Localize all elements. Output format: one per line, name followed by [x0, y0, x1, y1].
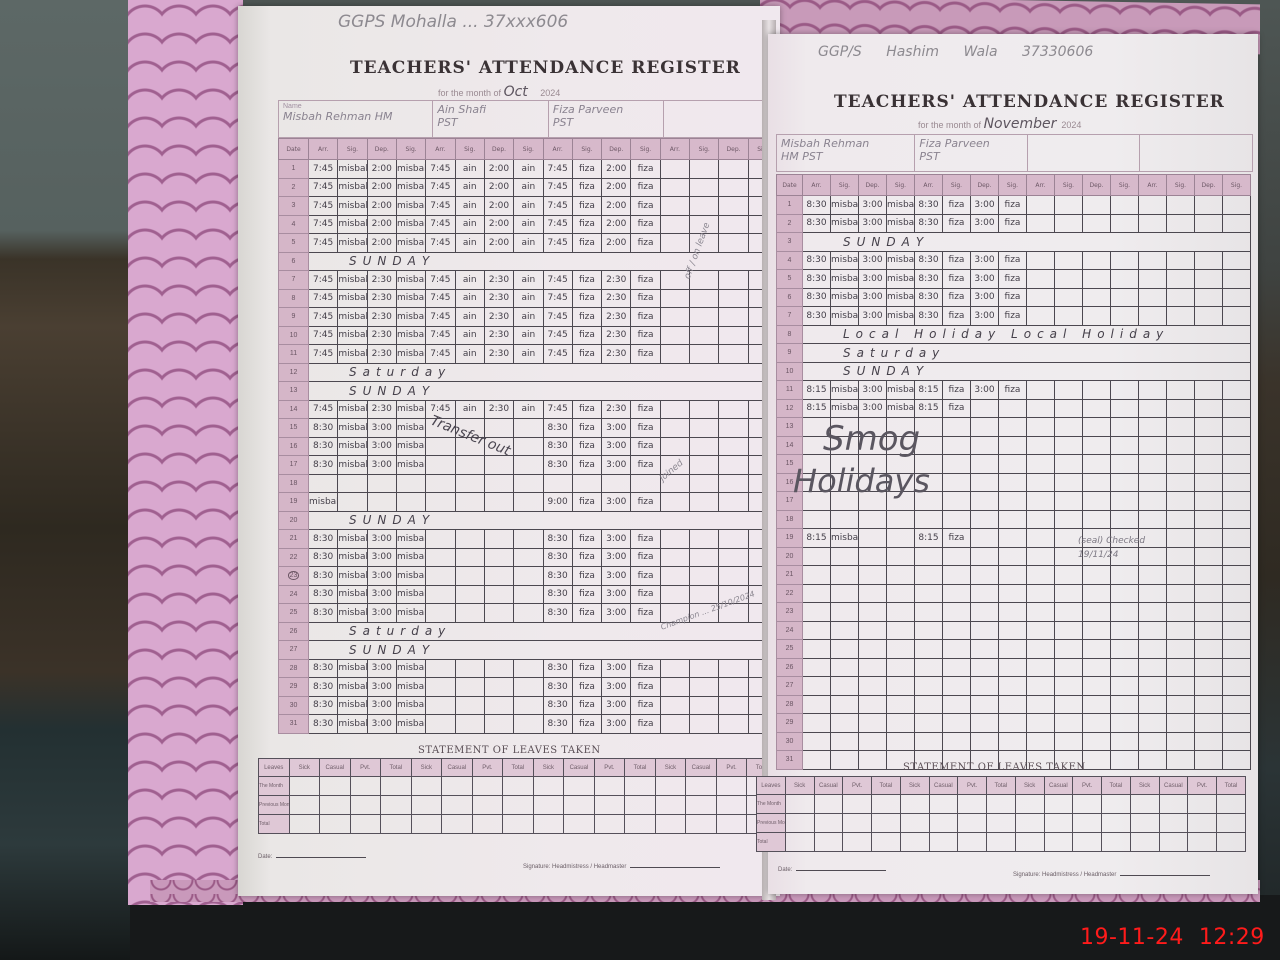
attendance-cell: misbah — [309, 493, 338, 512]
attendance-cell — [660, 308, 689, 327]
attendance-cell: misbah — [396, 326, 425, 345]
table-row: 107:45misbah2:30misbah7:45ain2:30ain7:45… — [279, 326, 778, 345]
attendance-cell — [367, 493, 396, 512]
attendance-cell — [1083, 214, 1111, 233]
attendance-cell — [859, 695, 887, 714]
attendance-cell — [887, 695, 915, 714]
attendance-cell — [887, 584, 915, 603]
attendance-cell — [719, 234, 748, 253]
attendance-cell — [943, 455, 971, 474]
attendance-cell — [719, 456, 748, 475]
attendance-cell — [859, 621, 887, 640]
attendance-cell — [859, 751, 887, 770]
leaves-cell — [872, 795, 901, 814]
attendance-cell — [1027, 529, 1055, 548]
attendance-cell — [1055, 418, 1083, 437]
month-label: for the month of — [918, 120, 981, 130]
attendance-cell: 8:30 — [915, 288, 943, 307]
attendance-cell — [1139, 196, 1167, 215]
attendance-cell — [660, 400, 689, 419]
attendance-cell — [1027, 621, 1055, 640]
attendance-cell — [719, 696, 748, 715]
attendance-cell — [572, 474, 601, 493]
attendance-cell — [1111, 658, 1139, 677]
attendance-cell: 8:30 — [915, 270, 943, 289]
table-row: 97:45misbah2:30misbah7:45ain2:30ain7:45f… — [279, 308, 778, 327]
attendance-cell — [1167, 566, 1195, 585]
attendance-cell: misbah — [396, 659, 425, 678]
leaves-cell — [716, 777, 747, 796]
leaves-column-header: Sick — [533, 759, 564, 777]
leaves-cell — [686, 815, 717, 834]
leaves-column-header: Casual — [320, 759, 351, 777]
date-cell: 26 — [777, 658, 803, 677]
attendance-cell — [915, 603, 943, 622]
date-cell: 6 — [279, 252, 309, 271]
column-header: Sig. — [572, 139, 601, 160]
attendance-cell: fiza — [999, 288, 1027, 307]
leaves-cell — [442, 777, 473, 796]
attendance-cell — [999, 584, 1027, 603]
attendance-cell: 8:30 — [543, 530, 572, 549]
column-header: Dep. — [719, 139, 748, 160]
attendance-cell: 7:45 — [309, 160, 338, 179]
attendance-cell — [1223, 529, 1251, 548]
attendance-cell: fiza — [572, 419, 601, 438]
attendance-cell: misbah — [831, 270, 859, 289]
attendance-cell — [1223, 492, 1251, 511]
attendance-cell — [943, 640, 971, 659]
attendance-cell: 3:00 — [602, 659, 631, 678]
attendance-cell: misbah — [887, 270, 915, 289]
attendance-cell: fiza — [999, 270, 1027, 289]
attendance-cell: 8:30 — [543, 715, 572, 734]
attendance-cell: 2:00 — [602, 160, 631, 179]
attendance-cell — [915, 695, 943, 714]
attendance-cell: misbah — [396, 530, 425, 549]
attendance-cell — [1139, 695, 1167, 714]
attendance-cell: 2:30 — [367, 400, 396, 419]
attendance-cell — [514, 659, 543, 678]
header-row: DateArr.Sig.Dep.Sig.Arr.Sig.Dep.Sig.Arr.… — [279, 139, 778, 160]
date-cell: 2 — [279, 178, 309, 197]
attendance-cell — [943, 584, 971, 603]
attendance-cell: 3:00 — [859, 196, 887, 215]
attendance-cell — [803, 695, 831, 714]
attendance-cell — [859, 677, 887, 696]
attendance-cell: fiza — [572, 715, 601, 734]
attendance-cell — [943, 436, 971, 455]
date-cell: 31 — [279, 715, 309, 734]
leaves-cell — [655, 777, 686, 796]
attendance-cell: 3:00 — [367, 585, 396, 604]
attendance-cell — [660, 659, 689, 678]
attendance-cell — [1139, 288, 1167, 307]
attendance-cell: 8:30 — [309, 419, 338, 438]
attendance-cell: fiza — [572, 548, 601, 567]
leaves-cell — [350, 815, 381, 834]
attendance-cell: 2:30 — [484, 289, 513, 308]
attendance-cell — [887, 603, 915, 622]
attendance-cell — [1055, 307, 1083, 326]
attendance-cell — [1167, 436, 1195, 455]
date-value: 24 — [290, 591, 298, 598]
attendance-cell — [859, 603, 887, 622]
attendance-cell: misbah — [338, 345, 367, 364]
attendance-cell — [971, 399, 999, 418]
date-value: 8 — [788, 331, 792, 338]
day-note: SUNDAY — [309, 382, 778, 401]
attendance-cell: 8:15 — [915, 381, 943, 400]
date-value: 21 — [290, 535, 298, 542]
leaves-cell — [1188, 814, 1217, 833]
leaves-column-header: Sick — [900, 777, 929, 795]
attendance-cell — [426, 585, 455, 604]
attendance-cell: fiza — [631, 345, 660, 364]
attendance-cell: 7:45 — [309, 234, 338, 253]
attendance-cell — [690, 308, 719, 327]
date-cell: 16 — [279, 437, 309, 456]
column-header: Arr. — [426, 139, 455, 160]
attendance-cell: 2:30 — [602, 400, 631, 419]
attendance-cell — [1139, 307, 1167, 326]
table-row: 158:30misbah3:00misbah8:30fiza3:00fiza — [279, 419, 778, 438]
attendance-cell: 7:45 — [543, 326, 572, 345]
leaves-row: Total — [757, 833, 1246, 852]
timestamp-date: 19-11-24 — [1080, 925, 1184, 950]
attendance-cell — [1111, 214, 1139, 233]
column-header: Arr. — [1139, 175, 1167, 196]
attendance-cell — [660, 585, 689, 604]
attendance-cell — [1027, 547, 1055, 566]
attendance-cell — [1111, 492, 1139, 511]
attendance-cell — [831, 603, 859, 622]
table-row: 9Saturday — [777, 344, 1251, 363]
attendance-cell — [1139, 677, 1167, 696]
attendance-cell: fiza — [631, 585, 660, 604]
table-row: 21 — [777, 566, 1251, 585]
attendance-cell: misbah — [396, 419, 425, 438]
date-value: 2 — [788, 220, 792, 227]
date-cell: 10 — [279, 326, 309, 345]
signature-label: Signature: Headmistress / Headmaster — [1013, 872, 1116, 878]
attendance-cell — [1167, 640, 1195, 659]
leaves-row-label: The Month — [259, 777, 290, 796]
attendance-cell: 3:00 — [971, 196, 999, 215]
attendance-cell — [1111, 584, 1139, 603]
date-cell: 12 — [279, 363, 309, 382]
attendance-cell: misbah — [396, 400, 425, 419]
column-header: Dep. — [484, 139, 513, 160]
leaves-cell — [958, 795, 987, 814]
attendance-cell — [1167, 251, 1195, 270]
attendance-cell — [1055, 436, 1083, 455]
table-row: 17:45misbah2:00misbah7:45ain2:00ain7:45f… — [279, 160, 778, 179]
date-cell: 7 — [279, 271, 309, 290]
attendance-cell: 8:30 — [543, 696, 572, 715]
attendance-cell — [1167, 196, 1195, 215]
attendance-cell: 7:45 — [309, 345, 338, 364]
attendance-cell: 8:30 — [309, 696, 338, 715]
attendance-cell: misbah — [338, 178, 367, 197]
attendance-cell — [426, 530, 455, 549]
date-cell: 28 — [777, 695, 803, 714]
attendance-cell: fiza — [999, 196, 1027, 215]
attendance-cell: 3:00 — [367, 604, 396, 623]
leaves-column-header: Total — [872, 777, 901, 795]
attendance-cell — [1139, 603, 1167, 622]
attendance-cell — [887, 547, 915, 566]
attendance-cell: 7:45 — [426, 308, 455, 327]
attendance-cell: 8:30 — [543, 456, 572, 475]
attendance-cell — [1027, 381, 1055, 400]
attendance-cell: 3:00 — [971, 270, 999, 289]
attendance-cell: misbah — [396, 197, 425, 216]
attendance-cell — [1223, 251, 1251, 270]
day-note: Saturday — [309, 622, 778, 641]
attendance-cell — [719, 271, 748, 290]
attendance-cell: misbah — [338, 308, 367, 327]
attendance-cell — [831, 695, 859, 714]
attendance-cell — [887, 658, 915, 677]
attendance-cell — [1167, 714, 1195, 733]
attendance-cell — [426, 715, 455, 734]
leaves-cell — [929, 795, 958, 814]
attendance-cell: fiza — [572, 530, 601, 549]
attendance-cell — [1055, 695, 1083, 714]
attendance-cell — [660, 493, 689, 512]
attendance-cell: 8:30 — [803, 196, 831, 215]
attendance-cell — [1167, 473, 1195, 492]
attendance-cell — [396, 474, 425, 493]
attendance-cell — [660, 289, 689, 308]
attendance-cell — [887, 677, 915, 696]
attendance-cell — [999, 695, 1027, 714]
attendance-cell — [1027, 455, 1055, 474]
attendance-cell — [719, 493, 748, 512]
attendance-cell — [660, 715, 689, 734]
attendance-cell — [1195, 695, 1223, 714]
leaves-cell — [987, 814, 1016, 833]
leaves-column-header: Total — [381, 759, 412, 777]
date-value: 27 — [786, 682, 794, 689]
leaves-cell — [1217, 814, 1246, 833]
leaves-cell — [785, 795, 814, 814]
teacher-designation: PST — [553, 116, 573, 129]
attendance-cell — [1167, 677, 1195, 696]
attendance-cell: 3:00 — [367, 696, 396, 715]
date-cell: 14 — [279, 400, 309, 419]
attendance-cell — [1083, 251, 1111, 270]
attendance-cell — [1055, 658, 1083, 677]
attendance-cell — [1111, 640, 1139, 659]
attendance-cell — [455, 567, 484, 586]
teacher-3 — [1028, 135, 1141, 171]
attendance-cell: fiza — [572, 326, 601, 345]
leaves-cell — [472, 777, 503, 796]
attendance-cell — [915, 621, 943, 640]
date-value: 18 — [786, 516, 794, 523]
attendance-cell — [1083, 307, 1111, 326]
leaves-cell — [785, 833, 814, 852]
date-cell: 8 — [777, 325, 803, 344]
attendance-cell: fiza — [943, 270, 971, 289]
attendance-cell — [1139, 418, 1167, 437]
attendance-cell: 8:15 — [915, 399, 943, 418]
attendance-cell: 2:30 — [484, 345, 513, 364]
attendance-cell: misbah — [831, 196, 859, 215]
attendance-cell — [803, 658, 831, 677]
attendance-cell — [831, 566, 859, 585]
attendance-cell — [971, 677, 999, 696]
leaves-cell — [1130, 814, 1159, 833]
column-header: Dep. — [602, 139, 631, 160]
attendance-cell — [455, 493, 484, 512]
date-value: 22 — [786, 590, 794, 597]
date-cell: 1 — [279, 160, 309, 179]
attendance-cell — [1027, 399, 1055, 418]
attendance-cell — [1139, 640, 1167, 659]
attendance-cell — [1195, 381, 1223, 400]
attendance-cell — [1083, 473, 1111, 492]
attendance-cell — [484, 604, 513, 623]
attendance-cell — [396, 493, 425, 512]
attendance-cell: misbah — [396, 456, 425, 475]
attendance-cell — [999, 621, 1027, 640]
attendance-cell — [1083, 381, 1111, 400]
attendance-cell: misbah — [887, 288, 915, 307]
date-value: 31 — [786, 756, 794, 763]
attendance-cell: 3:00 — [367, 659, 396, 678]
header-row: DateArr.Sig.Dep.Sig.Arr.Sig.Dep.Sig.Arr.… — [777, 175, 1251, 196]
column-header: Sig. — [831, 175, 859, 196]
attendance-cell: fiza — [631, 271, 660, 290]
attendance-cell — [1195, 455, 1223, 474]
attendance-cell: misbah — [396, 345, 425, 364]
right-school-note: GGP/S Hashim Wala 37330606 — [818, 44, 1093, 60]
leaves-column-header: Pvt. — [594, 759, 625, 777]
attendance-cell: 3:00 — [859, 399, 887, 418]
attendance-cell — [1083, 436, 1111, 455]
teacher-1: Misbah RehmanHM PST — [777, 135, 915, 171]
leaves-cell — [1188, 795, 1217, 814]
attendance-cell — [1195, 214, 1223, 233]
attendance-cell — [1111, 418, 1139, 437]
leaves-column-header: Casual — [564, 759, 595, 777]
attendance-cell — [859, 584, 887, 603]
date-value: 21 — [786, 571, 794, 578]
attendance-cell — [514, 456, 543, 475]
column-header: Sig. — [514, 139, 543, 160]
attendance-cell — [1055, 455, 1083, 474]
attendance-cell — [1083, 196, 1111, 215]
leaves-column-header: Pvt. — [716, 759, 747, 777]
attendance-cell: misbah — [338, 678, 367, 697]
attendance-cell — [455, 585, 484, 604]
attendance-cell: ain — [455, 178, 484, 197]
attendance-cell: ain — [455, 234, 484, 253]
leaves-cell — [503, 777, 534, 796]
leaves-cell — [594, 796, 625, 815]
date-cell: 13 — [279, 382, 309, 401]
attendance-cell — [999, 418, 1027, 437]
attendance-cell — [1139, 751, 1167, 770]
attendance-cell: 8:15 — [803, 381, 831, 400]
attendance-cell — [1195, 270, 1223, 289]
attendance-cell — [1139, 251, 1167, 270]
date-value: 16 — [290, 443, 298, 450]
attendance-cell: 2:30 — [602, 326, 631, 345]
attendance-cell — [1055, 214, 1083, 233]
leaves-cell — [411, 777, 442, 796]
attendance-cell — [1139, 566, 1167, 585]
attendance-cell — [1083, 751, 1111, 770]
day-note: SUNDAY — [309, 641, 778, 660]
attendance-cell: 7:45 — [543, 400, 572, 419]
table-row: 248:30misbah3:00misbah8:30fiza3:00fiza — [279, 585, 778, 604]
attendance-cell: 3:00 — [602, 567, 631, 586]
date-cell: 23 — [777, 603, 803, 622]
table-row: 298:30misbah3:00misbah8:30fiza3:00fiza — [279, 678, 778, 697]
attendance-cell — [887, 510, 915, 529]
attendance-cell — [660, 345, 689, 364]
leaves-cell — [655, 815, 686, 834]
leaves-column-header: Casual — [1159, 777, 1188, 795]
date-cell: 11 — [777, 381, 803, 400]
leaves-column-header: Pvt. — [958, 777, 987, 795]
attendance-cell: fiza — [631, 308, 660, 327]
attendance-cell: 7:45 — [426, 160, 455, 179]
leaves-cell — [1015, 795, 1044, 814]
table-row: 18:30misbah3:00misbah8:30fiza3:00fiza — [777, 196, 1251, 215]
attendance-cell — [1027, 307, 1055, 326]
attendance-cell: 3:00 — [971, 214, 999, 233]
leaves-column-header: Total — [625, 759, 656, 777]
attendance-cell: 3:00 — [602, 437, 631, 456]
leaves-cell — [958, 833, 987, 852]
leaves-cell — [320, 777, 351, 796]
attendance-cell: 2:00 — [367, 160, 396, 179]
left-register-page: GGPS Mohalla ... 37xxx606 TEACHERS' ATTE… — [238, 6, 780, 896]
attendance-cell: 8:30 — [803, 270, 831, 289]
attendance-cell: fiza — [572, 345, 601, 364]
leaves-cell — [381, 815, 412, 834]
attendance-cell: fiza — [631, 437, 660, 456]
date-value: 7 — [292, 276, 296, 283]
attendance-cell: 3:00 — [367, 567, 396, 586]
attendance-cell — [1223, 732, 1251, 751]
attendance-cell — [971, 492, 999, 511]
attendance-cell — [1139, 214, 1167, 233]
teacher-designation: PST — [919, 150, 939, 163]
attendance-cell: 3:00 — [367, 419, 396, 438]
attendance-cell — [1083, 584, 1111, 603]
day-note: SUNDAY — [309, 511, 778, 530]
table-row: 13SUNDAY — [279, 382, 778, 401]
attendance-cell — [943, 732, 971, 751]
attendance-cell — [1167, 381, 1195, 400]
date-cell: 1 — [777, 196, 803, 215]
date-value: 10 — [290, 332, 298, 339]
leaves-cell — [350, 796, 381, 815]
attendance-cell — [803, 566, 831, 585]
attendance-cell — [1223, 214, 1251, 233]
attendance-cell: 8:30 — [543, 567, 572, 586]
table-row: 19misbah9:00fiza3:00fiza — [279, 493, 778, 512]
attendance-cell: fiza — [631, 400, 660, 419]
date-value: 4 — [788, 257, 792, 264]
attendance-cell — [803, 621, 831, 640]
